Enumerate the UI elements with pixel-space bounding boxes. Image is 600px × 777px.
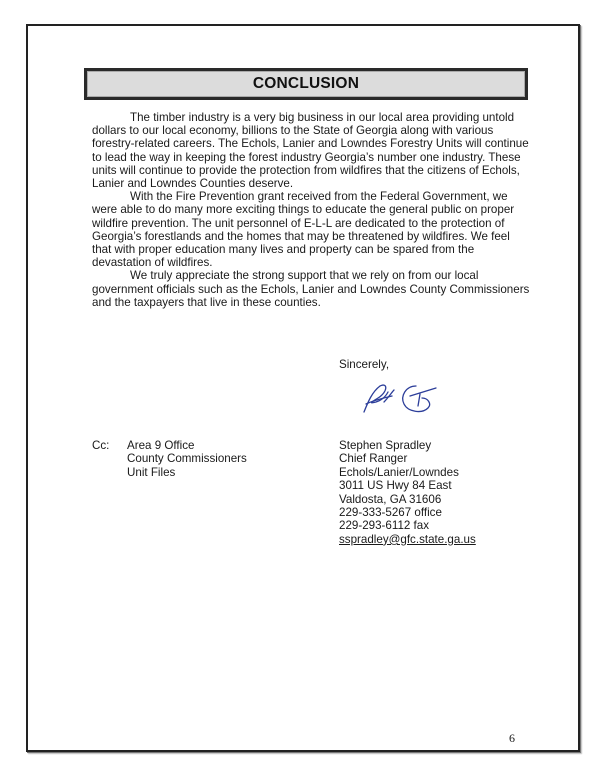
cc-recipients: Area 9 Office County Commissioners Unit … bbox=[127, 439, 247, 479]
section-heading: CONCLUSION bbox=[253, 75, 359, 92]
signer-email-link[interactable]: sspradley@gfc.state.ga.us bbox=[339, 533, 476, 546]
signature-image bbox=[358, 378, 458, 418]
signer-city: Valdosta, GA 31606 bbox=[339, 493, 476, 506]
signer-address: 3011 US Hwy 84 East bbox=[339, 479, 476, 492]
cc-recipient: Unit Files bbox=[127, 466, 247, 479]
signer-office-phone: 229-333-5267 office bbox=[339, 506, 476, 519]
page-number: 6 bbox=[509, 731, 515, 746]
closing: Sincerely, bbox=[339, 358, 389, 371]
signature-block: Stephen Spradley Chief Ranger Echols/Lan… bbox=[339, 439, 476, 546]
signer-name: Stephen Spradley bbox=[339, 439, 476, 452]
paragraph: The timber industry is a very big busine… bbox=[92, 111, 532, 190]
signer-unit: Echols/Lanier/Lowndes bbox=[339, 466, 476, 479]
signer-fax: 229-293-6112 fax bbox=[339, 519, 476, 532]
cc-label: Cc: bbox=[92, 439, 109, 452]
cc-recipient: Area 9 Office bbox=[127, 439, 247, 452]
section-heading-box: CONCLUSION bbox=[84, 68, 528, 100]
signer-title: Chief Ranger bbox=[339, 452, 476, 465]
paragraph: With the Fire Prevention grant received … bbox=[92, 190, 532, 269]
cc-recipient: County Commissioners bbox=[127, 452, 247, 465]
paragraph: We truly appreciate the strong support t… bbox=[92, 269, 532, 309]
body-text: The timber industry is a very big busine… bbox=[92, 111, 532, 309]
